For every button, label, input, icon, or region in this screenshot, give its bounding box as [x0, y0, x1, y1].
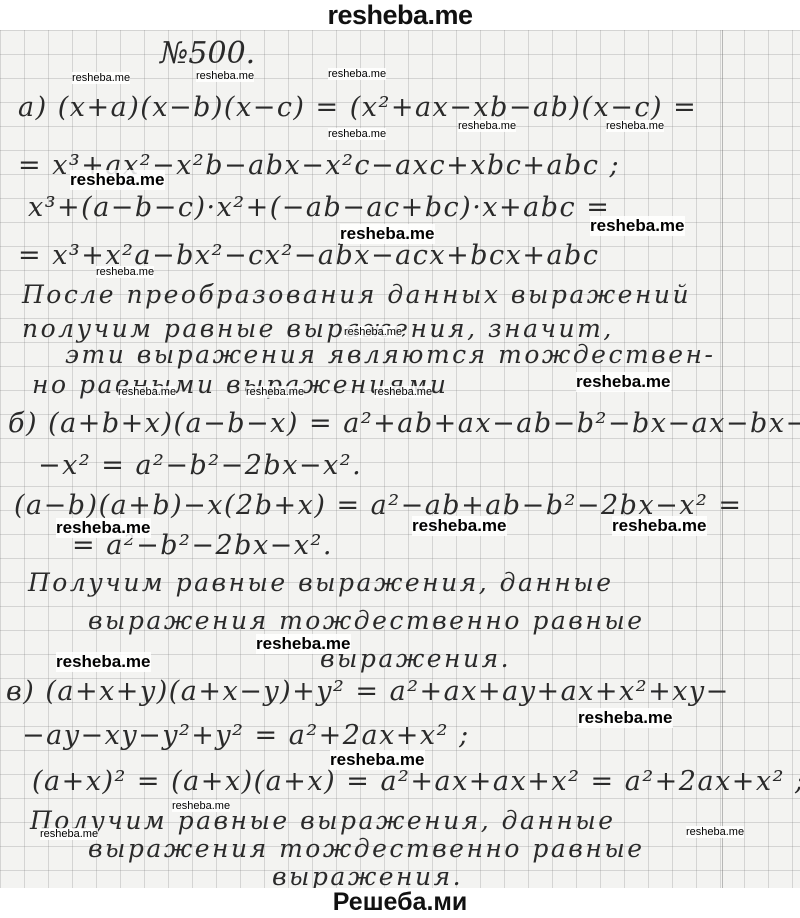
watermark: resheba.me [118, 386, 176, 398]
watermark: resheba.me [412, 516, 507, 536]
watermark: resheba.me [96, 266, 154, 278]
part-a-conclusion-1: После преобразования данных выражений [22, 280, 691, 309]
watermark: resheba.me [578, 708, 673, 728]
watermark: resheba.me [374, 386, 432, 398]
watermark: resheba.me [40, 828, 98, 840]
watermark: resheba.me [56, 652, 151, 672]
watermark: resheba.me [344, 326, 402, 338]
watermark: resheba.me [196, 70, 254, 82]
part-a-line-1: а) (x+a)(x−b)(x−c) = (x²+ax−xb−ab)(x−c) … [18, 92, 697, 123]
part-c-conclusion-3: выражения. [272, 862, 463, 891]
part-c-conclusion-2: выражения тождественно равные [88, 834, 644, 863]
watermark: resheba.me [56, 518, 151, 538]
watermark: resheba.me [330, 750, 425, 770]
page-margin-line [722, 30, 723, 888]
part-b-line-1: б) (a+b+x)(a−b−x) = a²+ab+ax−ab−b²−bx−ax… [8, 408, 800, 439]
watermark: resheba.me [70, 170, 165, 190]
watermark: resheba.me [686, 826, 744, 838]
watermark: resheba.me [576, 372, 671, 392]
part-a-conclusion-2: получим равные выражения, значит, [22, 314, 614, 343]
watermark: resheba.me [246, 386, 304, 398]
footer-title: Решеба.ми [333, 888, 468, 916]
watermark: resheba.me [328, 128, 386, 140]
site-footer: Решеба.ми [0, 888, 800, 918]
part-c-line-3: (a+x)² = (a+x)(a+x) = a²+ax+ax+x² = a²+2… [32, 766, 800, 797]
watermark: resheba.me [340, 224, 435, 244]
watermark: resheba.me [328, 68, 386, 80]
site-title: resheba.me [327, 0, 472, 30]
part-c-line-2: −ay−xy−y²+y² = a²+2ax+x² ; [22, 720, 470, 751]
part-b-conclusion-1: Получим равные выражения, данные [28, 568, 614, 597]
watermark: resheba.me [172, 800, 230, 812]
part-a-line-3: x³+(a−b−c)·x²+(−ab−ac+bc)·x+abc = [28, 192, 610, 223]
problem-number: №500. [160, 36, 255, 71]
part-b-conclusion-2: выражения тождественно равные [88, 606, 644, 635]
watermark: resheba.me [458, 120, 516, 132]
watermark: resheba.me [606, 120, 664, 132]
part-c-line-1: в) (a+x+y)(a+x−y)+y² = a²+ax+ay+ax+x²+xy… [6, 676, 730, 707]
watermark: resheba.me [256, 634, 351, 654]
part-b-line-2: −x² = a²−b²−2bx−x². [38, 450, 362, 481]
part-a-conclusion-3: эти выражения являются тождествен- [65, 340, 715, 369]
watermark: resheba.me [590, 216, 685, 236]
watermark: resheba.me [72, 72, 130, 84]
part-c-conclusion-1: Получим равные выражения, данные [30, 806, 616, 835]
watermark: resheba.me [612, 516, 707, 536]
